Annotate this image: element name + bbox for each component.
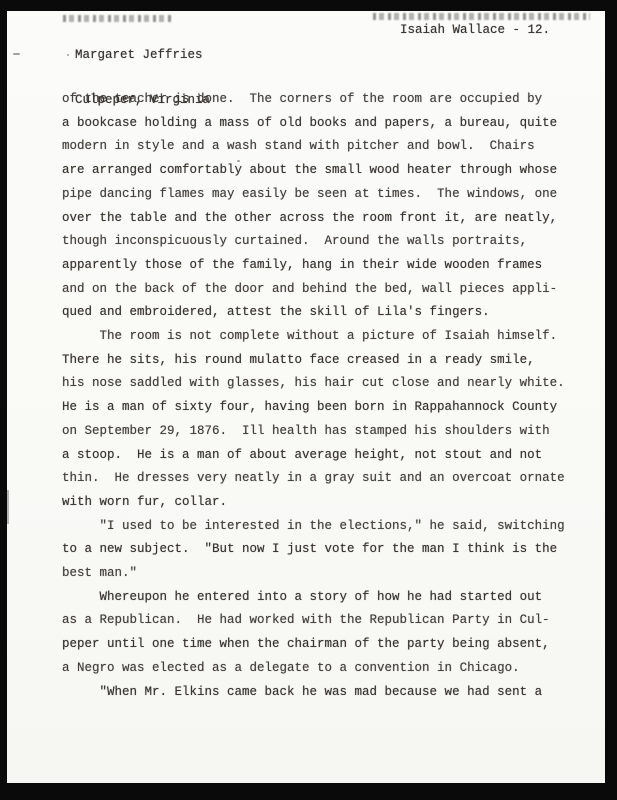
- typed-line: are arranged comfortably about the small…: [62, 159, 565, 183]
- typed-line: over the table and the other across the …: [62, 207, 565, 231]
- typed-line: apparently those of the family, hang in …: [62, 254, 565, 278]
- typed-line: with worn fur, collar.: [62, 491, 565, 515]
- typed-line: and on the back of the door and behind t…: [62, 278, 565, 302]
- typed-line: though inconspicuously curtained. Around…: [62, 230, 565, 254]
- typed-line: a stoop. He is a man of about average he…: [62, 444, 565, 468]
- typed-line: modern in style and a wash stand with pi…: [62, 135, 565, 159]
- typed-line: There he sits, his round mulatto face cr…: [62, 349, 565, 373]
- document-page: Margaret Jeffries Culpeper, Virginia Isa…: [7, 11, 605, 783]
- stray-mark: [67, 54, 69, 56]
- scanned-document: { "colors": { "paper": "#fafaf8", "ink":…: [0, 0, 617, 800]
- body-text: of the teacher is done. The corners of t…: [62, 88, 565, 704]
- typed-line: a Negro was elected as a delegate to a c…: [62, 657, 565, 681]
- typed-line: on September 29, 1876. Ill health has st…: [62, 420, 565, 444]
- typed-line: to a new subject. "But now I just vote f…: [62, 538, 565, 562]
- typed-line: Whereupon he entered into a story of how…: [62, 586, 565, 610]
- stray-mark: [13, 53, 20, 55]
- typed-line: his nose saddled with glasses, his hair …: [62, 372, 565, 396]
- scan-edge-scratch: [7, 490, 9, 524]
- typed-line: of the teacher is done. The corners of t…: [62, 88, 565, 112]
- typed-line: qued and embroidered, attest the skill o…: [62, 301, 565, 325]
- typed-line: a bookcase holding a mass of old books a…: [62, 112, 565, 136]
- ghost-smudge-right: [373, 13, 590, 20]
- typed-line: "When Mr. Elkins came back he was mad be…: [62, 681, 565, 705]
- typed-line: as a Republican. He had worked with the …: [62, 609, 565, 633]
- typed-line: thin. He dresses very neatly in a gray s…: [62, 467, 565, 491]
- document-header-title-page: Isaiah Wallace - 12.: [400, 23, 550, 38]
- typed-line: peper until one time when the chairman o…: [62, 633, 565, 657]
- typed-line: He is a man of sixty four, having been b…: [62, 396, 565, 420]
- typed-line: The room is not complete without a pictu…: [62, 325, 565, 349]
- typed-line: "I used to be interested in the election…: [62, 515, 565, 539]
- author-name: Margaret Jeffries: [75, 48, 210, 63]
- stray-mark: [237, 160, 240, 162]
- typed-line: pipe dancing flames may easily be seen a…: [62, 183, 565, 207]
- typed-line: best man.": [62, 562, 565, 586]
